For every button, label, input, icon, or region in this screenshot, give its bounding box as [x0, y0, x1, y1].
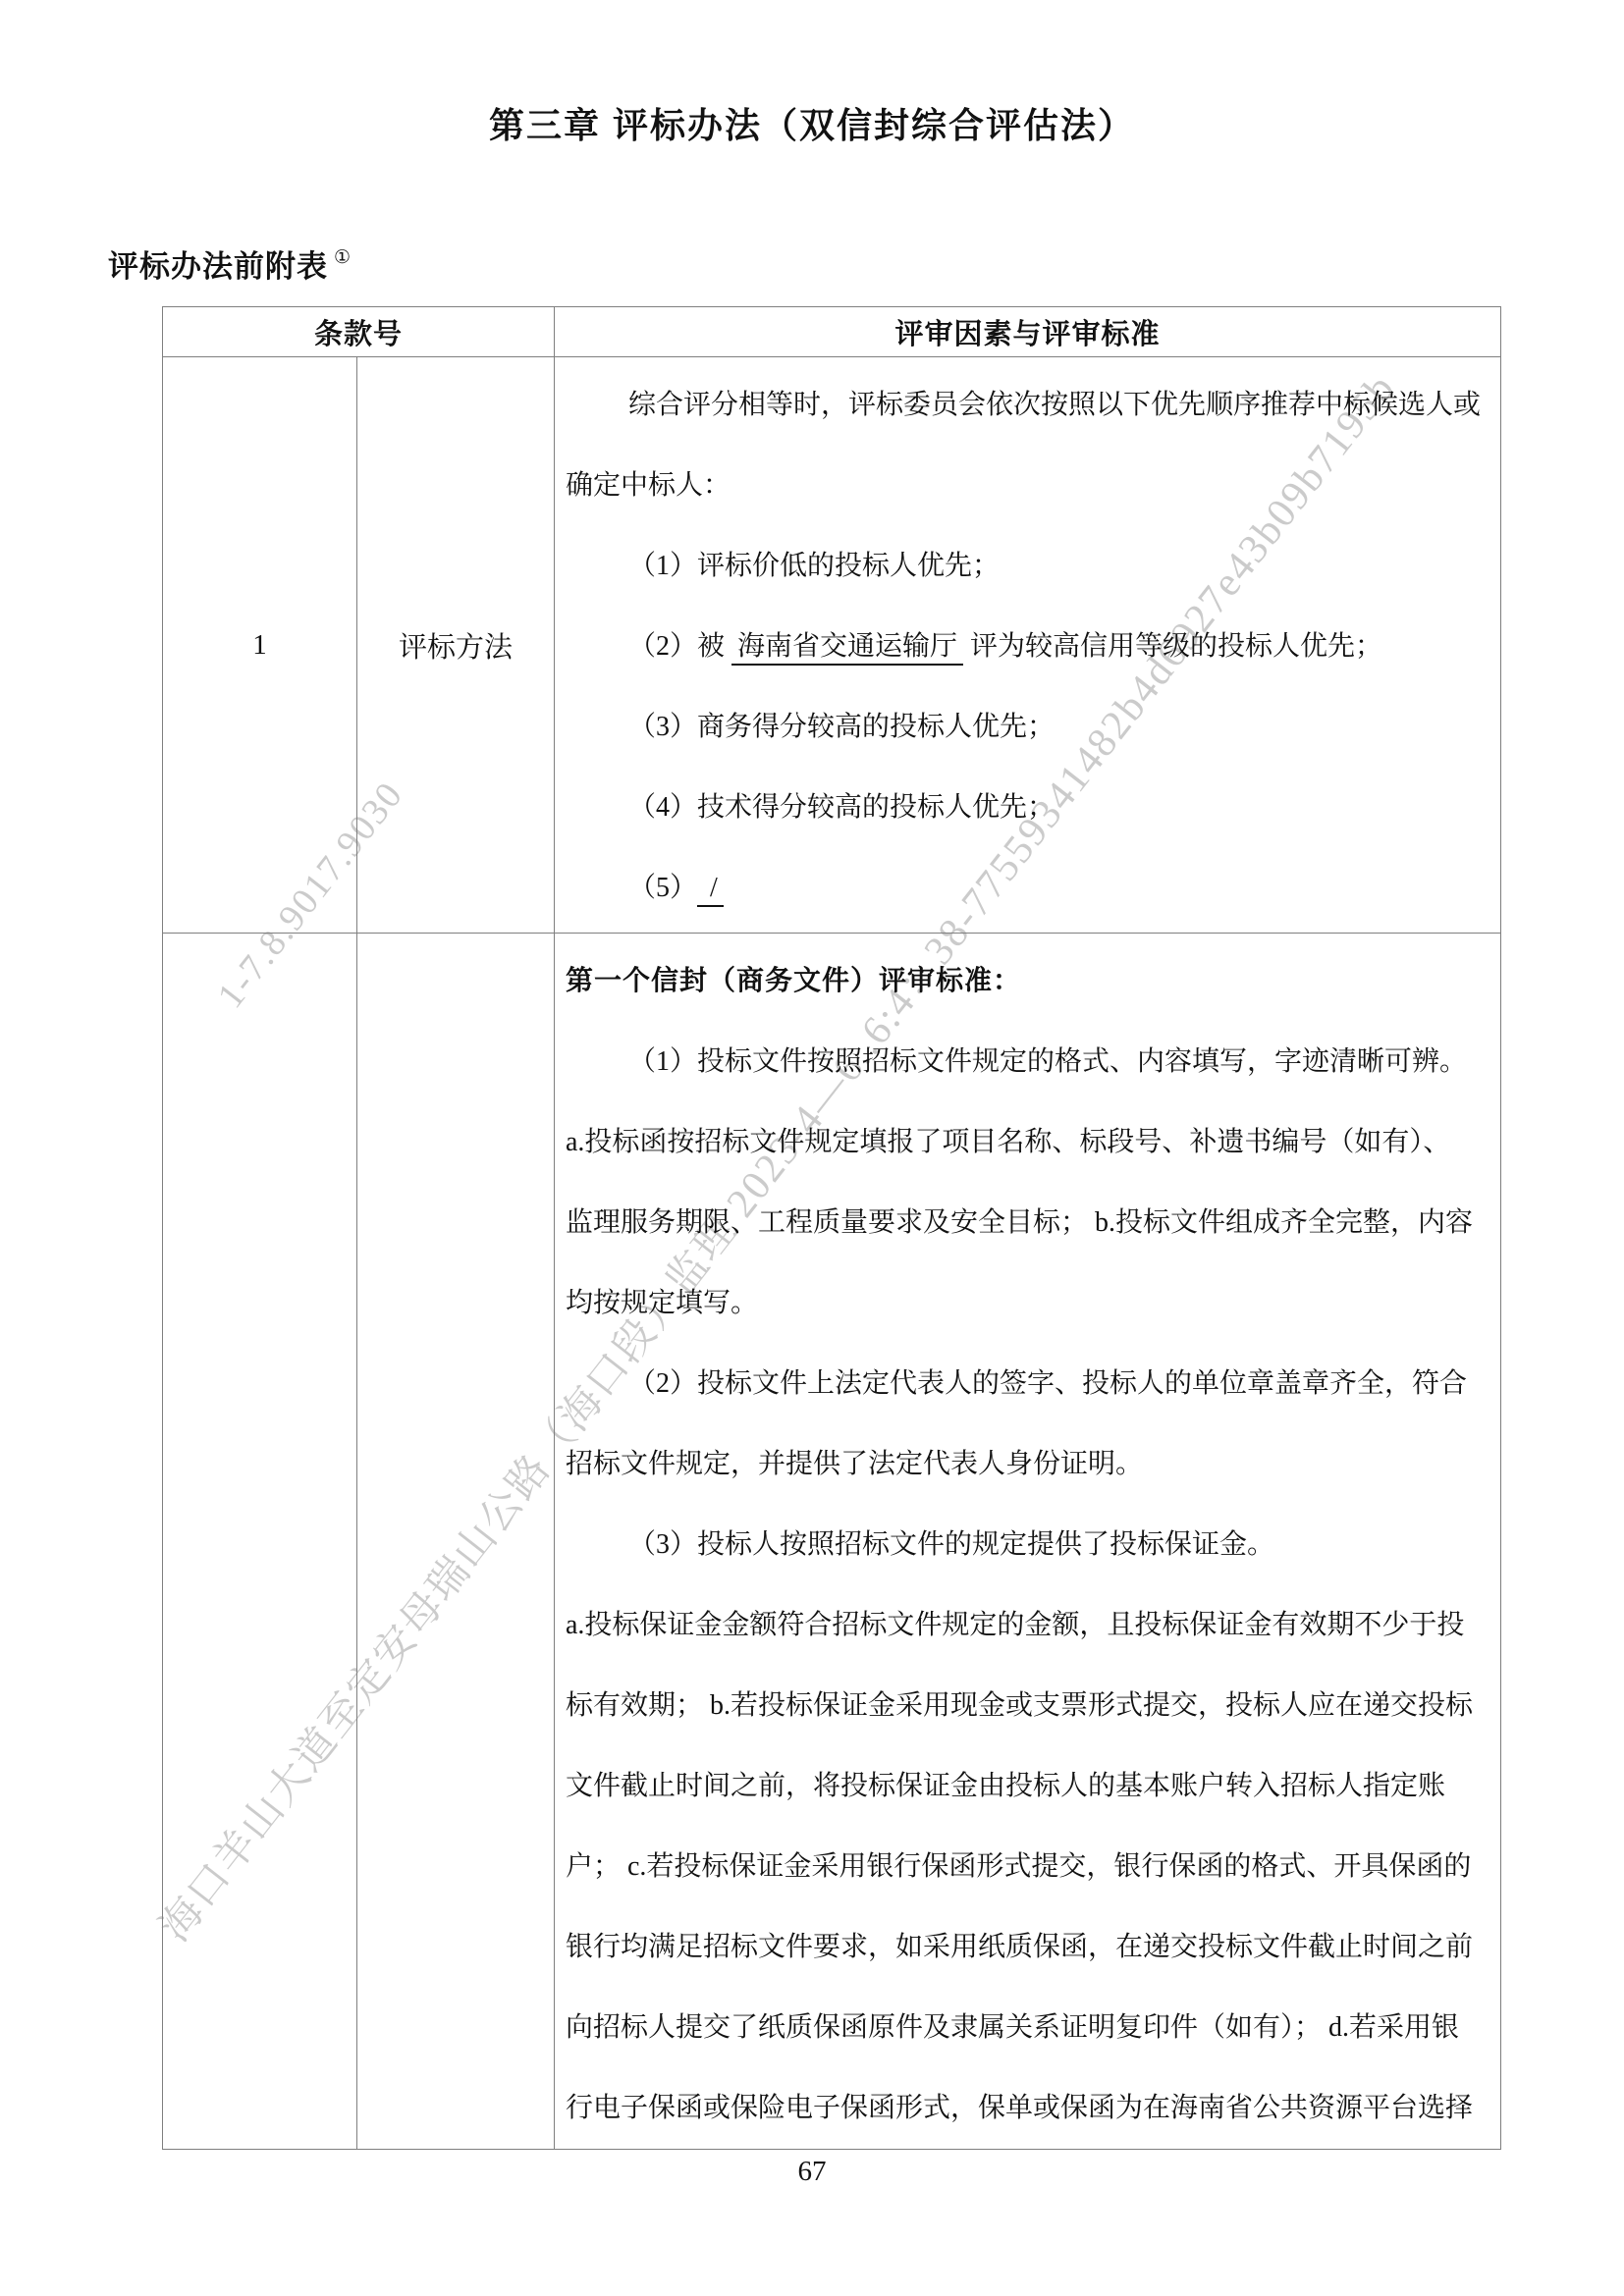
clause-no-cell: 1 — [163, 357, 356, 933]
criteria-line: 均按规定填写。 — [566, 1263, 1487, 1344]
criteria-text: 第一个信封（商务文件）评审标准： — [566, 966, 1021, 996]
criteria-text: 向招标人提交了纸质保函原件及隶属关系证明复印件（如有）； d.若采用银 — [566, 2012, 1459, 2043]
criteria-line: （5） / — [566, 848, 1487, 929]
underlined-fill-in: 海南省交通运输厅 — [731, 631, 963, 666]
criteria-line: 银行均满足招标文件要求，如采用纸质保函，在递交投标文件截止时间之前 — [566, 1907, 1487, 1988]
criteria-text: 户； c.若投标保证金采用银行保函形式提交，银行保函的格式、开具保函的 — [566, 1851, 1471, 1882]
criteria-text: （2）投标文件上法定代表人的签字、投标人的单位章盖章齐全，符合 — [628, 1368, 1467, 1399]
pre-table-heading: 评标办法前附表① — [108, 241, 352, 286]
criteria-text: 综合评分相等时，评标委员会依次按照以下优先顺序推荐中标候选人或 — [628, 390, 1481, 420]
criteria-text: （5） — [628, 873, 697, 903]
table-body: 1评标方法综合评分相等时，评标委员会依次按照以下优先顺序推荐中标候选人或确定中标… — [163, 357, 1500, 2149]
header-criteria: 评审因素与评审标准 — [554, 307, 1500, 356]
criteria-text: （1）评标价低的投标人优先； — [628, 551, 1000, 581]
footnote-marker: ① — [334, 247, 352, 268]
criteria-line: 招标文件规定，并提供了法定代表人身份证明。 — [566, 1424, 1487, 1505]
criteria-line: 确定中标人： — [566, 446, 1487, 526]
table-row: 1评标方法综合评分相等时，评标委员会依次按照以下优先顺序推荐中标候选人或确定中标… — [163, 357, 1500, 933]
criteria-text: 评为较高信用等级的投标人优先； — [963, 631, 1382, 662]
page-number: 67 — [0, 2156, 1624, 2188]
page-title: 第三章 评标办法（双信封综合评估法） — [0, 98, 1624, 148]
underlined-fill-in: / — [697, 873, 724, 907]
criteria-text: a.投标函按招标文件规定填报了项目名称、标段号、补遗书编号（如有）、 — [566, 1127, 1450, 1157]
criteria-text: 标有效期； b.若投标保证金采用现金或支票形式提交，投标人应在递交投标 — [566, 1690, 1473, 1721]
criteria-line: 监理服务期限、工程质量要求及安全目标； b.投标文件组成齐全完整，内容 — [566, 1183, 1487, 1263]
criteria-cell: 综合评分相等时，评标委员会依次按照以下优先顺序推荐中标候选人或确定中标人：（1）… — [554, 357, 1500, 933]
criteria-line: 向招标人提交了纸质保函原件及隶属关系证明复印件（如有）； d.若采用银 — [566, 1988, 1487, 2068]
criteria-line: a.投标保证金金额符合招标文件规定的金额，且投标保证金有效期不少于投 — [566, 1585, 1487, 1666]
criteria-line: 标有效期； b.若投标保证金采用现金或支票形式提交，投标人应在递交投标 — [566, 1666, 1487, 1746]
clause-no-cell — [163, 934, 356, 2149]
criteria-text: 监理服务期限、工程质量要求及安全目标； b.投标文件组成齐全完整，内容 — [566, 1207, 1473, 1238]
criteria-text: 文件截止时间之前，将投标保证金由投标人的基本账户转入招标人指定账 — [566, 1771, 1445, 1801]
table-header-row: 条款号 评审因素与评审标准 — [163, 307, 1500, 357]
criteria-text: （2）被 — [628, 631, 731, 662]
pre-table-heading-text: 评标办法前附表 — [108, 249, 328, 284]
criteria-text: （3）商务得分较高的投标人优先； — [628, 712, 1055, 742]
criteria-text: 银行均满足招标文件要求，如采用纸质保函，在递交投标文件截止时间之前 — [566, 1932, 1473, 1962]
clause-name-cell — [356, 934, 554, 2149]
criteria-line: （3）投标人按照招标文件的规定提供了投标保证金。 — [566, 1505, 1487, 1585]
clause-name-cell: 评标方法 — [356, 357, 554, 933]
criteria-line: 行电子保函或保险电子保函形式，保单或保函为在海南省公共资源平台选择 — [566, 2068, 1487, 2149]
criteria-cell: 第一个信封（商务文件）评审标准：（1）投标文件按照招标文件规定的格式、内容填写，… — [554, 934, 1500, 2149]
criteria-line: 第一个信封（商务文件）评审标准： — [566, 941, 1487, 1022]
criteria-line: 户； c.若投标保证金采用银行保函形式提交，银行保函的格式、开具保函的 — [566, 1827, 1487, 1907]
criteria-text: 招标文件规定，并提供了法定代表人身份证明。 — [566, 1449, 1143, 1479]
criteria-text: 确定中标人： — [566, 470, 731, 501]
criteria-line: （2）投标文件上法定代表人的签字、投标人的单位章盖章齐全，符合 — [566, 1344, 1487, 1424]
table-row: 第一个信封（商务文件）评审标准：（1）投标文件按照招标文件规定的格式、内容填写，… — [163, 933, 1500, 2149]
criteria-line: （1）投标文件按照招标文件规定的格式、内容填写，字迹清晰可辨。 — [566, 1022, 1487, 1102]
criteria-text: a.投标保证金金额符合招标文件规定的金额，且投标保证金有效期不少于投 — [566, 1610, 1464, 1640]
criteria-line: （2）被 海南省交通运输厅 评为较高信用等级的投标人优先； — [566, 607, 1487, 687]
header-clause-no: 条款号 — [163, 307, 554, 356]
criteria-line: （4）技术得分较高的投标人优先； — [566, 768, 1487, 848]
criteria-text: （1）投标文件按照招标文件规定的格式、内容填写，字迹清晰可辨。 — [628, 1046, 1467, 1077]
criteria-line: （3）商务得分较高的投标人优先； — [566, 687, 1487, 768]
criteria-text: （4）技术得分较高的投标人优先； — [628, 792, 1055, 823]
criteria-line: （1）评标价低的投标人优先； — [566, 526, 1487, 607]
criteria-line: 文件截止时间之前，将投标保证金由投标人的基本账户转入招标人指定账 — [566, 1746, 1487, 1827]
criteria-line: 综合评分相等时，评标委员会依次按照以下优先顺序推荐中标候选人或 — [566, 365, 1487, 446]
criteria-line: a.投标函按招标文件规定填报了项目名称、标段号、补遗书编号（如有）、 — [566, 1102, 1487, 1183]
criteria-text: 行电子保函或保险电子保函形式，保单或保函为在海南省公共资源平台选择 — [566, 2093, 1473, 2123]
evaluation-method-table: 条款号 评审因素与评审标准 1评标方法综合评分相等时，评标委员会依次按照以下优先… — [162, 306, 1501, 2150]
criteria-text: 均按规定填写。 — [566, 1288, 758, 1318]
criteria-text: （3）投标人按照招标文件的规定提供了投标保证金。 — [628, 1529, 1274, 1560]
